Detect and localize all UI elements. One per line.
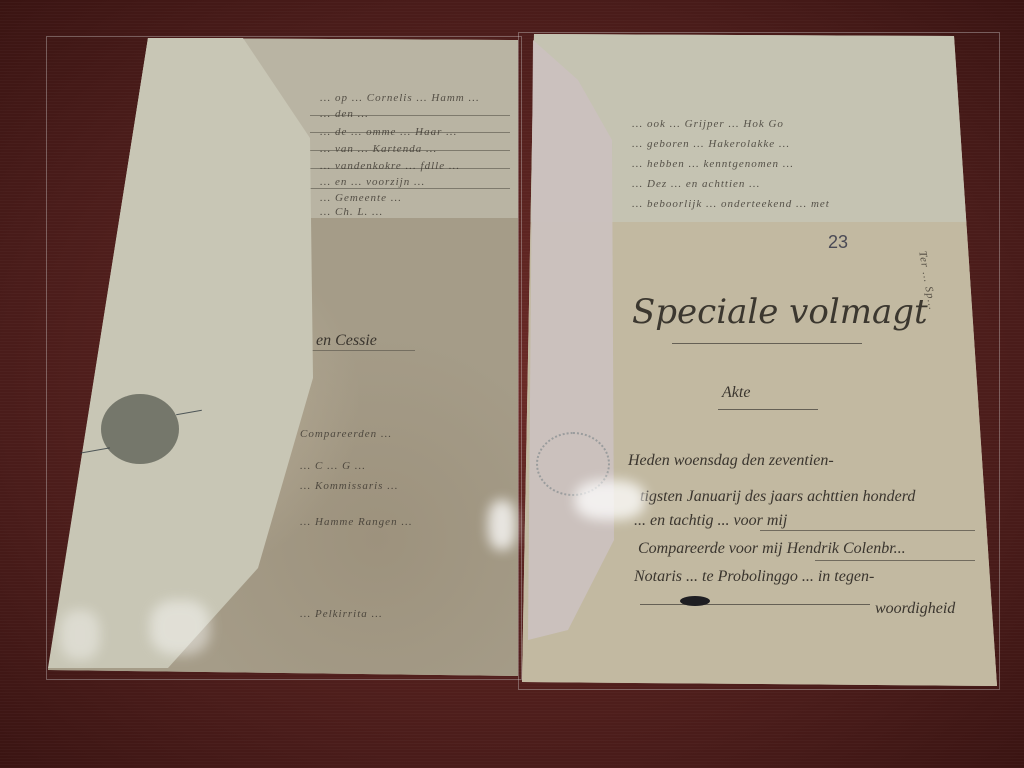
- left-plastic-sleeve: [46, 36, 522, 680]
- right-plastic-sleeve: [518, 32, 1000, 690]
